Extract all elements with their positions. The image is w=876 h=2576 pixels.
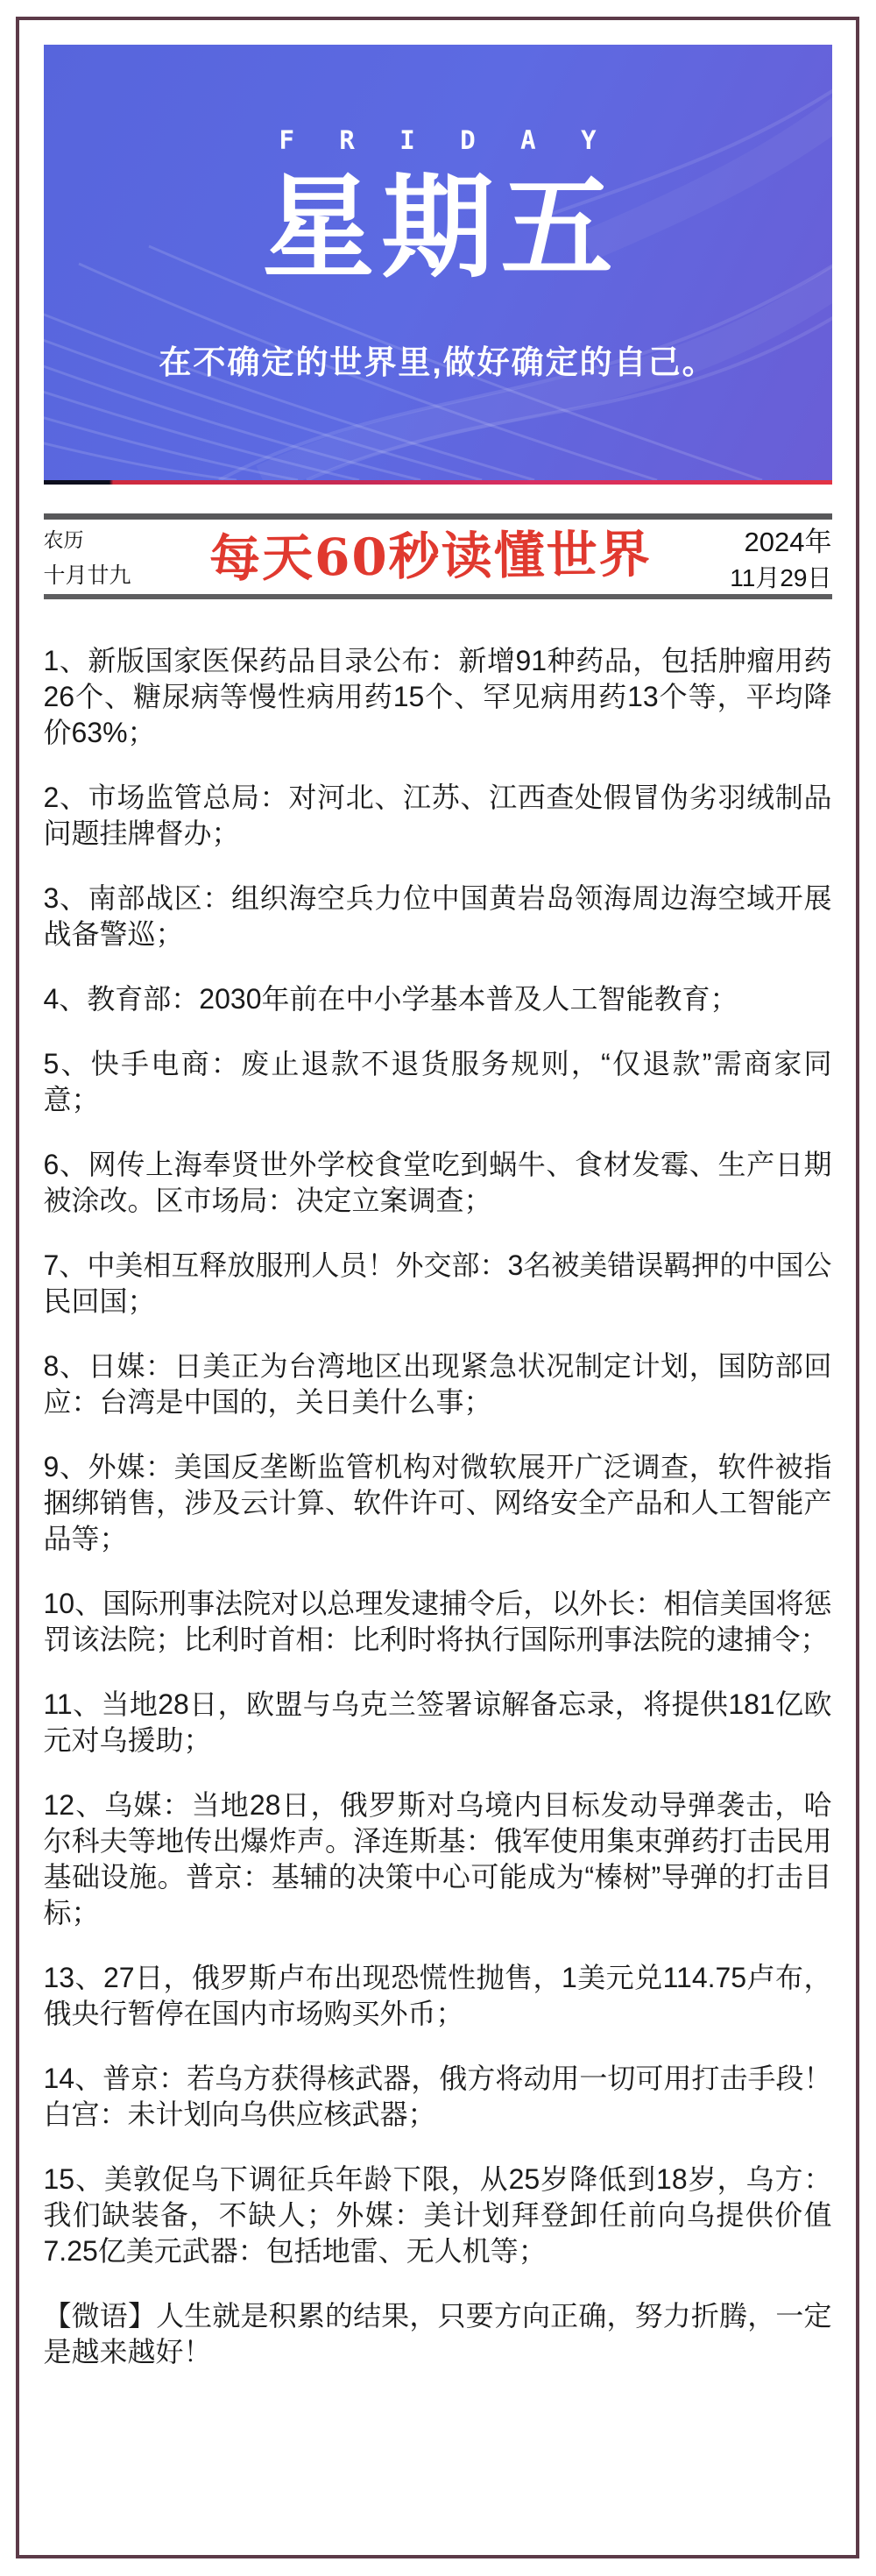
banner-bottom-stripe (44, 480, 832, 485)
news-item: 15、美敦促乌下调征兵年龄下限，从25岁降低到18岁，乌方：我们缺装备，不缺人；… (44, 2162, 832, 2269)
news-list: 1、新版国家医保药品目录公布：新增91种药品，包括肿瘤用药26个、糖尿病等慢性病… (44, 643, 832, 2370)
poster-frame: F R I D A Y 星期五 在不确定的世界里,做好确定的自己。 农历 十月廿… (16, 17, 859, 2558)
news-item: 10、国际刑事法院对以总理发逮捕令后，以外长：相信美国将惩罚该法院；比利时首相：… (44, 1586, 832, 1658)
lunar-date: 十月廿九 (44, 558, 131, 590)
weekday-chinese: 星期五 (44, 169, 832, 287)
news-item: 11、当地28日，欧盟与乌克兰签署谅解备忘录，将提供181亿欧元对乌援助； (44, 1687, 832, 1759)
news-item: 12、乌媒：当地28日，俄罗斯对乌境内目标发动导弹袭击，哈尔科夫等地传出爆炸声。… (44, 1787, 832, 1931)
news-item: 4、教育部：2030年前在中小学基本普及人工智能教育； (44, 981, 832, 1017)
lunar-label: 农历 (44, 524, 84, 553)
news-item: 13、27日，俄罗斯卢布出现恐慌性抛售，1美元兑114.75卢布，俄央行暂停在国… (44, 1960, 832, 2032)
news-item: 7、中美相互释放服刑人员！外交部：3名被美错误羁押的中国公民回国； (44, 1248, 832, 1320)
gregorian-date-block: 2024年 11月29日 (730, 520, 831, 594)
news-item: 14、普京：若乌方获得核武器，俄方将动用一切可用打击手段！白宫：未计划向乌供应核… (44, 2061, 832, 2133)
news-item: 9、外媒：美国反垄断监管机构对微软展开广泛调查，软件被指捆绑销售，涉及云计算、软… (44, 1449, 832, 1557)
news-item: 2、市场监管总局：对河北、江苏、江西查处假冒伪劣羽绒制品问题挂牌督办； (44, 780, 832, 852)
weekday-english: F R I D A Y (44, 45, 832, 155)
year-text: 2024年 (745, 520, 832, 559)
lunar-date-block: 农历 十月廿九 (44, 520, 131, 594)
news-item: 1、新版国家医保药品目录公布：新增91种药品，包括肿瘤用药26个、糖尿病等慢性病… (44, 643, 832, 751)
date-bar: 农历 十月廿九 每天60秒读懂世界 2024年 11月29日 (44, 520, 832, 594)
weekday-banner: F R I D A Y 星期五 在不确定的世界里,做好确定的自己。 (44, 45, 832, 480)
news-item: 6、网传上海奉贤世外学校食堂吃到蜗牛、食材发霉、生产日期被涂改。区市场局：决定立… (44, 1147, 832, 1219)
daily-news-title: 每天60秒读懂世界 (209, 517, 653, 596)
weiyu-note: 【微语】人生就是积累的结果，只要方向正确，努力折腾，一定是越来越好！ (44, 2298, 832, 2370)
news-item: 3、南部战区：组织海空兵力位中国黄岩岛领海周边海空域开展战备警巡； (44, 881, 832, 952)
date-text: 11月29日 (730, 559, 831, 594)
news-item: 8、日媒：日美正为台湾地区出现紧急状况制定计划，国防部回应：台湾是中国的，关日美… (44, 1348, 832, 1420)
divider-bottom (44, 594, 832, 599)
news-item: 5、快手电商：废止退款不退货服务规则，“仅退款”需商家同意； (44, 1046, 832, 1118)
banner-motto: 在不确定的世界里,做好确定的自己。 (44, 336, 832, 383)
